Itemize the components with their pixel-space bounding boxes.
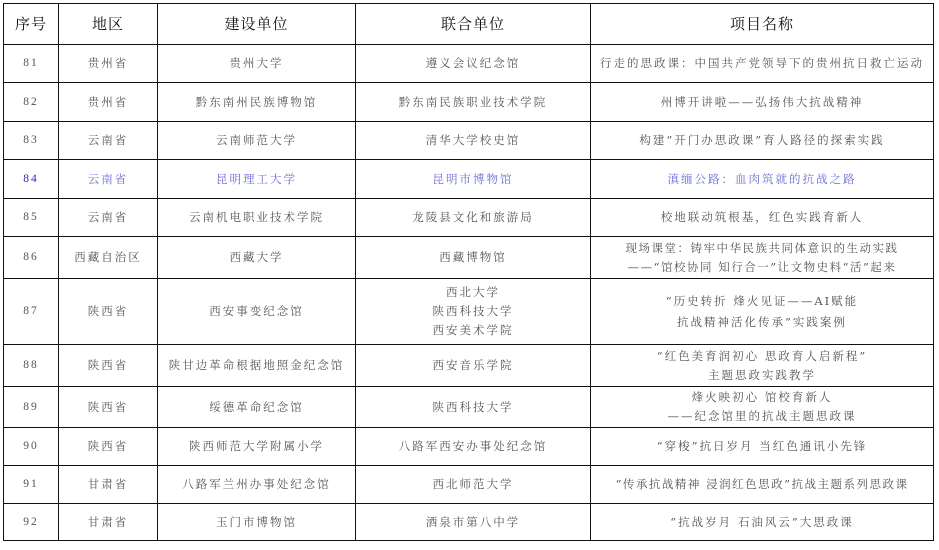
row-project: 构建“开门办思政课”育人路径的探索实践 <box>591 122 934 160</box>
row-project: “红色美育润初心 思政育人启新程” 主题思政实践教学 <box>591 345 934 387</box>
row-region: 甘肃省 <box>59 504 158 541</box>
project-line: ——纪念馆里的抗战主题思政课 <box>595 407 929 426</box>
row-partners: 西安音乐学院 <box>356 345 591 387</box>
partner: 西安美术学院 <box>360 321 586 340</box>
row-partners: 陕西科技大学 <box>356 387 591 428</box>
row-builder: 陕西师范大学附属小学 <box>158 428 356 466</box>
project-line: 行走的思政课：中国共产党领导下的贵州抗日救亡运动 <box>595 53 929 74</box>
project-line: 主题思政实践教学 <box>595 366 929 385</box>
row-number: 88 <box>4 345 59 387</box>
row-builder: 云南机电职业技术学院 <box>158 199 356 237</box>
partner: 黔东南民族职业技术学院 <box>360 92 586 113</box>
row-region: 云南省 <box>59 199 158 237</box>
project-line: “穿梭”抗日岁月 当红色通讯小先锋 <box>595 436 929 457</box>
table-row: 91 甘肃省 八路军兰州办事处纪念馆 西北师范大学 “传承抗战精神 浸润红色思政… <box>4 466 934 504</box>
partner: 清华大学校史馆 <box>360 130 586 151</box>
row-region: 陕西省 <box>59 345 158 387</box>
project-line: 州博开讲啦——弘扬伟大抗战精神 <box>595 92 929 113</box>
row-project: “抗战岁月 石油风云”大思政课 <box>591 504 934 541</box>
row-partners: 西北师范大学 <box>356 466 591 504</box>
row-number: 91 <box>4 466 59 504</box>
table-row: 86 西藏自治区 西藏大学 西藏博物馆 现场课堂：铸牢中华民族共同体意识的生动实… <box>4 237 934 279</box>
row-number: 92 <box>4 504 59 541</box>
table-row: 92 甘肃省 玉门市博物馆 酒泉市第八中学 “抗战岁月 石油风云”大思政课 <box>4 504 934 541</box>
row-number: 86 <box>4 237 59 279</box>
row-region: 贵州省 <box>59 83 158 122</box>
row-partners: 昆明市博物馆 <box>356 160 591 199</box>
header-number: 序号 <box>4 4 59 45</box>
row-project: 校地联动筑根基，红色实践育新人 <box>591 199 934 237</box>
row-region: 西藏自治区 <box>59 237 158 279</box>
row-region: 陕西省 <box>59 428 158 466</box>
project-line: “抗战岁月 石油风云”大思政课 <box>595 512 929 533</box>
row-number: 82 <box>4 83 59 122</box>
project-line: 现场课堂：铸牢中华民族共同体意识的生动实践 <box>595 239 929 258</box>
row-project: “传承抗战精神 浸润红色思政”抗战主题系列思政课 <box>591 466 934 504</box>
row-partners: 西藏博物馆 <box>356 237 591 279</box>
project-line: 校地联动筑根基，红色实践育新人 <box>595 207 929 228</box>
row-number: 83 <box>4 122 59 160</box>
row-builder: 黔东南州民族博物馆 <box>158 83 356 122</box>
row-partners: 八路军西安办事处纪念馆 <box>356 428 591 466</box>
partner: 西北师范大学 <box>360 474 586 495</box>
row-partners: 清华大学校史馆 <box>356 122 591 160</box>
header-project: 项目名称 <box>591 4 934 45</box>
row-project: 现场课堂：铸牢中华民族共同体意识的生动实践 ——“馆校协同 知行合一”让文物史料… <box>591 237 934 279</box>
row-region: 甘肃省 <box>59 466 158 504</box>
row-region: 云南省 <box>59 160 158 199</box>
row-builder: 八路军兰州办事处纪念馆 <box>158 466 356 504</box>
table-row: 83 云南省 云南师范大学 清华大学校史馆 构建“开门办思政课”育人路径的探索实… <box>4 122 934 160</box>
table-row: 89 陕西省 绥德革命纪念馆 陕西科技大学 烽火映初心 馆校育新人 ——纪念馆里… <box>4 387 934 428</box>
row-region: 贵州省 <box>59 45 158 83</box>
row-partners: 龙陵县文化和旅游局 <box>356 199 591 237</box>
row-builder: 西藏大学 <box>158 237 356 279</box>
row-number: 81 <box>4 45 59 83</box>
row-builder: 陕甘边革命根据地照金纪念馆 <box>158 345 356 387</box>
header-builder: 建设单位 <box>158 4 356 45</box>
row-project: 州博开讲啦——弘扬伟大抗战精神 <box>591 83 934 122</box>
project-line: 烽火映初心 馆校育新人 <box>595 388 929 407</box>
row-builder: 贵州大学 <box>158 45 356 83</box>
row-project: “历史转折 烽火见证——AI赋能 抗战精神活化传承”实践案例 <box>591 279 934 345</box>
header-region: 地区 <box>59 4 158 45</box>
table-row: 81 贵州省 贵州大学 遵义会议纪念馆 行走的思政课：中国共产党领导下的贵州抗日… <box>4 45 934 83</box>
project-line: “历史转折 烽火见证——AI赋能 <box>595 291 929 312</box>
partner: 西北大学 <box>360 283 586 302</box>
table-row-highlighted: 84 云南省 昆明理工大学 昆明市博物馆 滇缅公路：血肉筑就的抗战之路 <box>4 160 934 199</box>
row-region: 云南省 <box>59 122 158 160</box>
header-row: 序号 地区 建设单位 联合单位 项目名称 <box>4 4 934 45</box>
row-number: 89 <box>4 387 59 428</box>
row-builder: 云南师范大学 <box>158 122 356 160</box>
row-builder: 绥德革命纪念馆 <box>158 387 356 428</box>
partner: 陕西科技大学 <box>360 397 586 418</box>
row-number: 85 <box>4 199 59 237</box>
project-line: “红色美育润初心 思政育人启新程” <box>595 347 929 366</box>
row-partners: 黔东南民族职业技术学院 <box>356 83 591 122</box>
partner: 遵义会议纪念馆 <box>360 53 586 74</box>
table-row: 82 贵州省 黔东南州民族博物馆 黔东南民族职业技术学院 州博开讲啦——弘扬伟大… <box>4 83 934 122</box>
project-line: 滇缅公路：血肉筑就的抗战之路 <box>595 169 929 190</box>
partner: 八路军西安办事处纪念馆 <box>360 436 586 457</box>
row-builder: 昆明理工大学 <box>158 160 356 199</box>
row-number: 87 <box>4 279 59 345</box>
row-region: 陕西省 <box>59 387 158 428</box>
table-row: 85 云南省 云南机电职业技术学院 龙陵县文化和旅游局 校地联动筑根基，红色实践… <box>4 199 934 237</box>
partner: 龙陵县文化和旅游局 <box>360 207 586 228</box>
row-project: “穿梭”抗日岁月 当红色通讯小先锋 <box>591 428 934 466</box>
table-row: 87 陕西省 西安事变纪念馆 西北大学 陕西科技大学 西安美术学院 “历史转折 … <box>4 279 934 345</box>
project-line: 抗战精神活化传承”实践案例 <box>595 312 929 333</box>
row-builder: 西安事变纪念馆 <box>158 279 356 345</box>
partner: 昆明市博物馆 <box>360 169 586 190</box>
row-partners: 酒泉市第八中学 <box>356 504 591 541</box>
partner: 酒泉市第八中学 <box>360 512 586 533</box>
project-line: 构建“开门办思政课”育人路径的探索实践 <box>595 130 929 151</box>
partner: 西安音乐学院 <box>360 355 586 376</box>
project-line: “传承抗战精神 浸润红色思政”抗战主题系列思政课 <box>595 474 929 495</box>
partner: 陕西科技大学 <box>360 302 586 321</box>
row-partners: 西北大学 陕西科技大学 西安美术学院 <box>356 279 591 345</box>
row-region: 陕西省 <box>59 279 158 345</box>
table-row: 88 陕西省 陕甘边革命根据地照金纪念馆 西安音乐学院 “红色美育润初心 思政育… <box>4 345 934 387</box>
row-project: 滇缅公路：血肉筑就的抗战之路 <box>591 160 934 199</box>
row-project: 行走的思政课：中国共产党领导下的贵州抗日救亡运动 <box>591 45 934 83</box>
project-table: 序号 地区 建设单位 联合单位 项目名称 81 贵州省 贵州大学 遵义会议纪念馆… <box>3 3 934 541</box>
row-number: 84 <box>4 160 59 199</box>
row-number: 90 <box>4 428 59 466</box>
row-builder: 玉门市博物馆 <box>158 504 356 541</box>
table-row: 90 陕西省 陕西师范大学附属小学 八路军西安办事处纪念馆 “穿梭”抗日岁月 当… <box>4 428 934 466</box>
row-partners: 遵义会议纪念馆 <box>356 45 591 83</box>
row-project: 烽火映初心 馆校育新人 ——纪念馆里的抗战主题思政课 <box>591 387 934 428</box>
project-line: ——“馆校协同 知行合一”让文物史料“活”起来 <box>595 258 929 277</box>
header-partners: 联合单位 <box>356 4 591 45</box>
partner: 西藏博物馆 <box>360 247 586 268</box>
